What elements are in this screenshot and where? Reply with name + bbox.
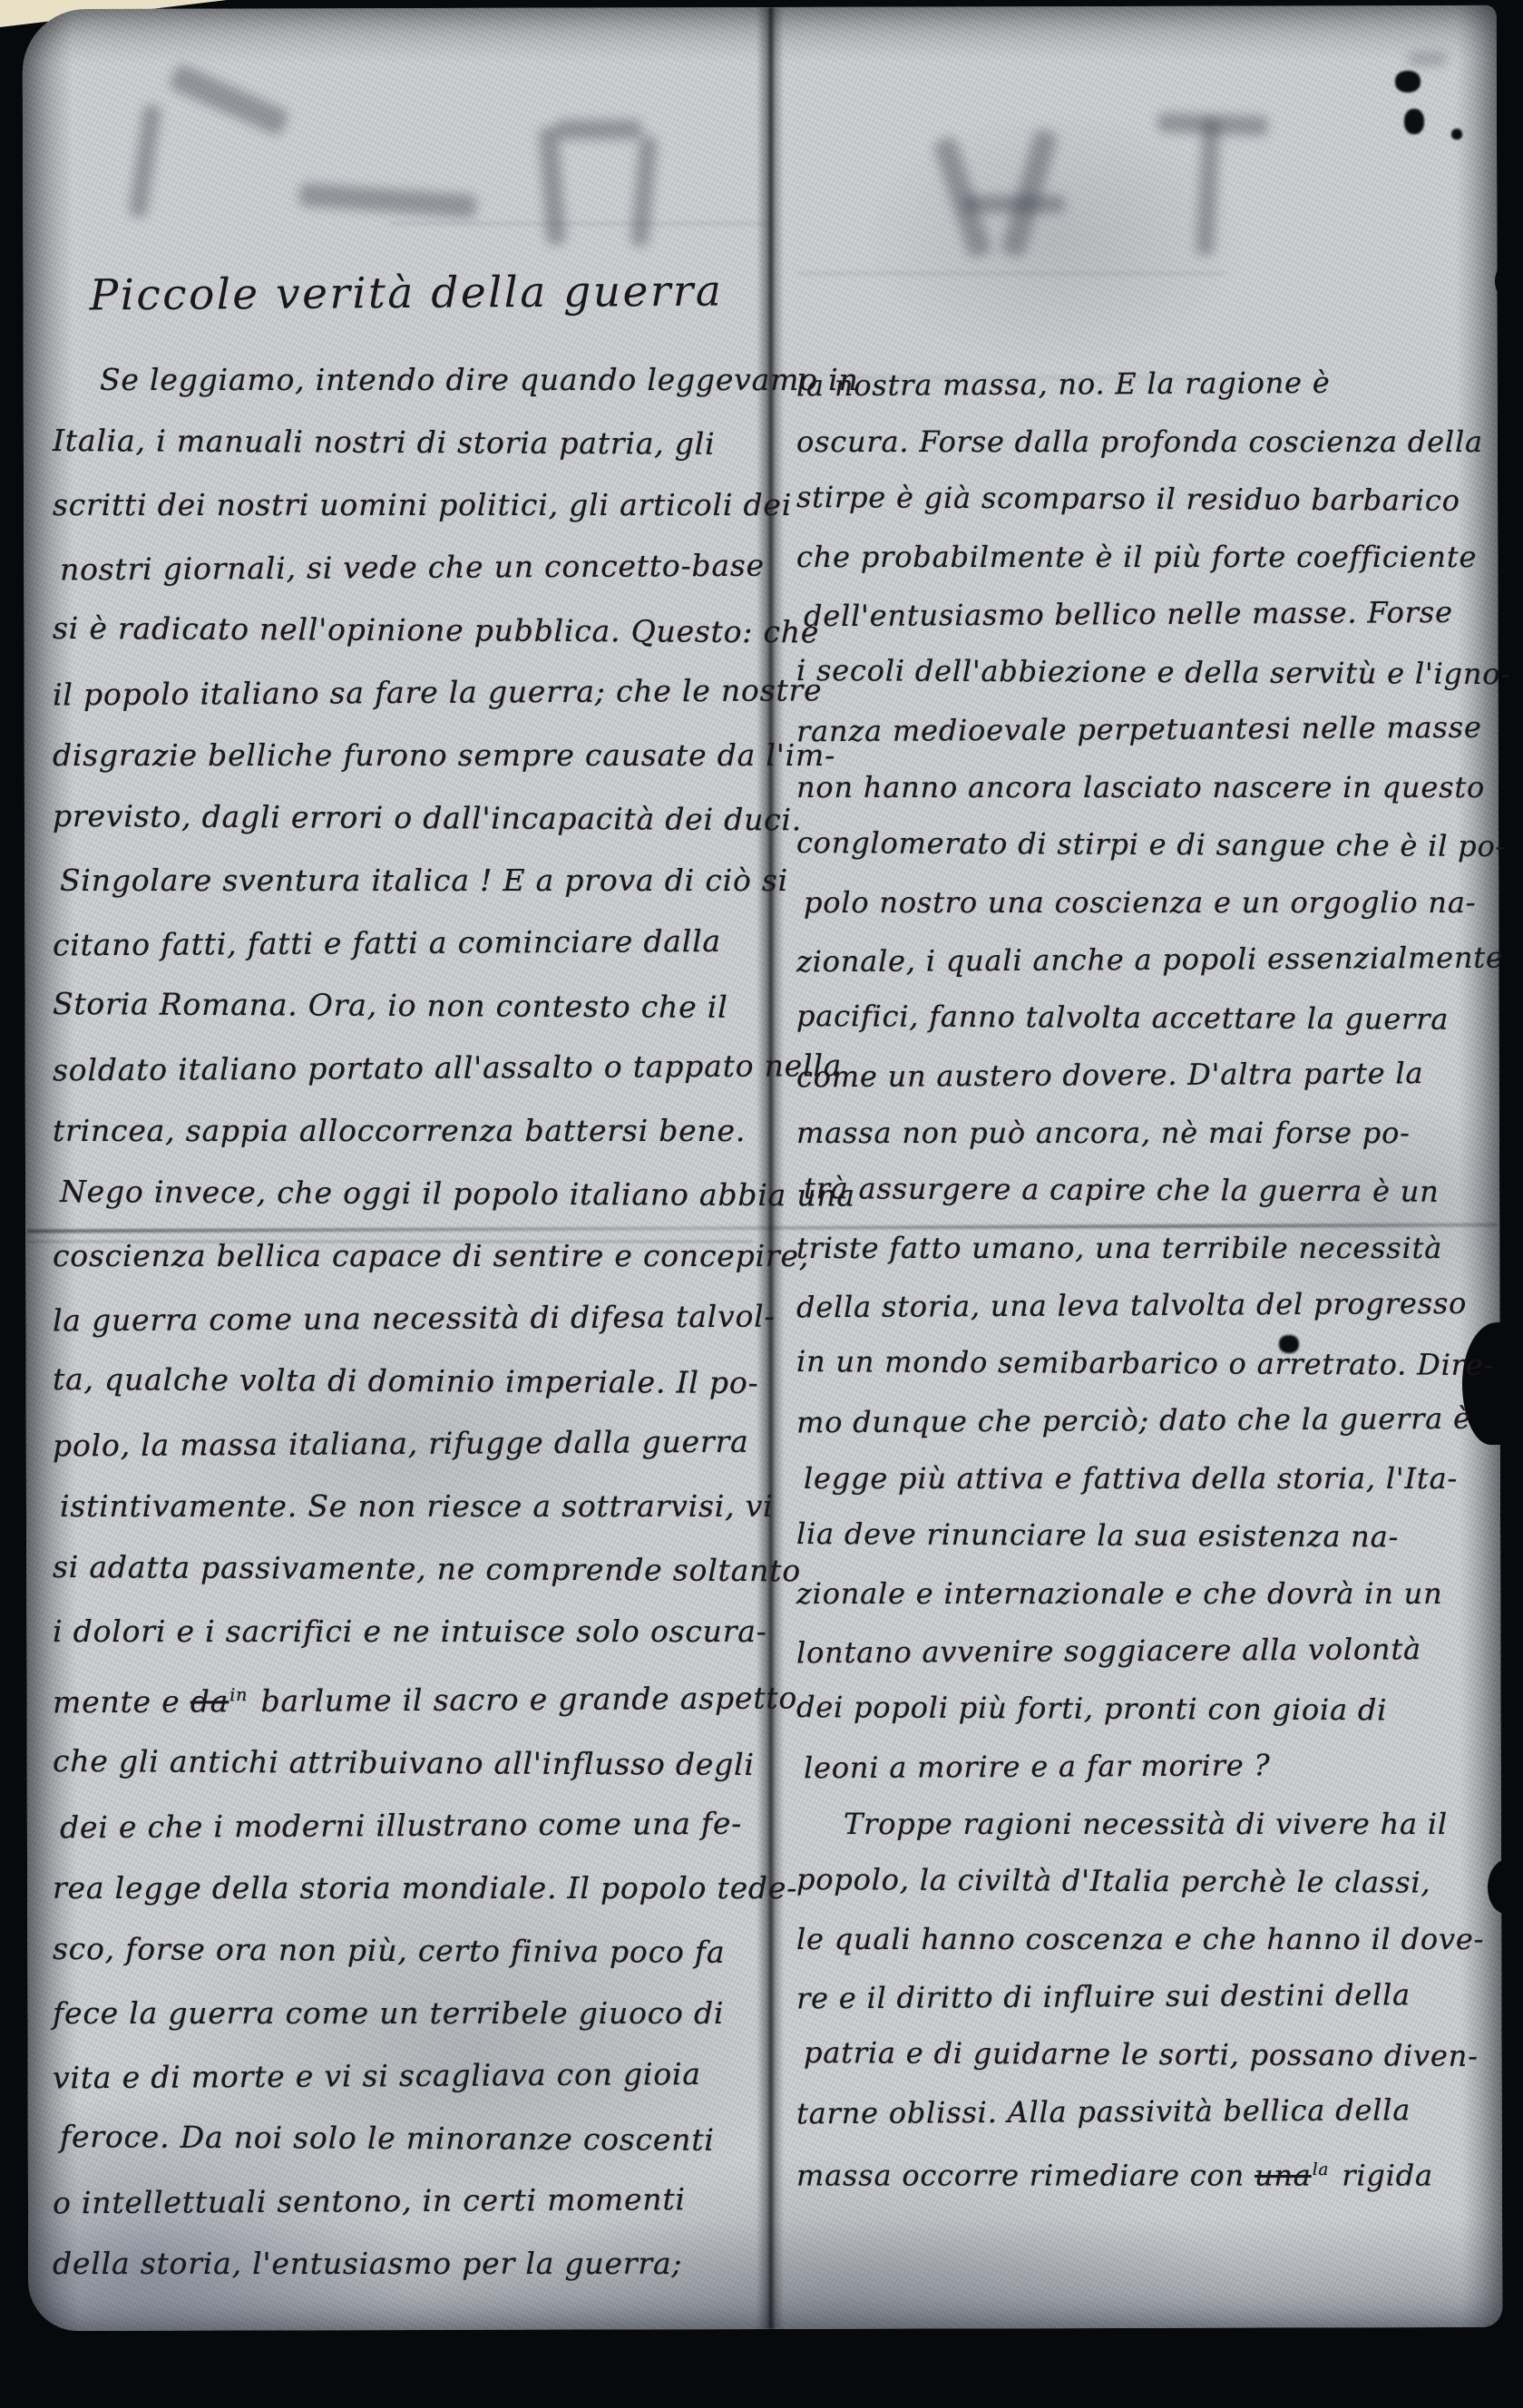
text-line: coscienza bellica capace di sentire e co… bbox=[53, 1224, 760, 1287]
text-run: la nostra massa, no. E la ragione è bbox=[796, 366, 1331, 404]
text-run: rea legge della storia mondiale. Il popo… bbox=[53, 1870, 797, 1906]
text-run: previsto, dagli errori o dall'incapacità… bbox=[53, 798, 802, 837]
text-run: il popolo italiano sa fare la guerra; ch… bbox=[53, 672, 823, 712]
inserted-word: in bbox=[229, 1684, 248, 1705]
text-line: pacifici, fanno talvolta accettare la gu… bbox=[796, 987, 1497, 1048]
bleedthrough-smudge bbox=[963, 195, 1065, 213]
text-run: soldato italiano portato all'assalto o t… bbox=[53, 1048, 842, 1087]
text-line: dell'entusiasmo bellico nelle masse. For… bbox=[796, 584, 1497, 646]
text-run: popolo, la civiltà d'Italia perchè le cl… bbox=[796, 1862, 1431, 1900]
inserted-word: la bbox=[1313, 2160, 1330, 2179]
text-line: sco, forse ora non più, certo finiva poc… bbox=[53, 1917, 760, 1984]
text-run: la guerra come una necessità di difesa t… bbox=[53, 1299, 776, 1339]
text-run: Singolare sventura italica ! E a prova d… bbox=[60, 863, 788, 898]
text-line: della storia, l'entusiasmo per la guerra… bbox=[53, 2232, 760, 2295]
text-line: istintivamente. Se non riesce a sottrarv… bbox=[53, 1475, 760, 1537]
text-run: sco, forse ora non più, certo finiva poc… bbox=[53, 1931, 726, 1970]
text-line: che gli antichi attribuivano all'influss… bbox=[53, 1730, 760, 1796]
text-line: la guerra come una necessità di difesa t… bbox=[53, 1285, 760, 1352]
text-line: Italia, i manuali nostri di storia patri… bbox=[53, 409, 760, 475]
text-line: della storia, una leva talvolta del prog… bbox=[796, 1275, 1497, 1337]
text-run: disgrazie belliche furono sempre causate… bbox=[53, 737, 835, 773]
text-run: nostri giornali, si vede che un concetto… bbox=[60, 548, 765, 588]
text-line: triste fatto umano, una terribile necess… bbox=[796, 1220, 1497, 1278]
text-run: ta, qualche volta di dominio imperiale. … bbox=[53, 1361, 759, 1400]
text-line: la nostra massa, no. E la ragione è bbox=[796, 354, 1497, 415]
text-run: dei popoli più forti, pronti con gioia d… bbox=[796, 1689, 1387, 1726]
text-line: re e il diritto di influire sui destini … bbox=[796, 1966, 1497, 2028]
text-run: polo, la massa italiana, rifugge dalla g… bbox=[53, 1424, 749, 1464]
text-line: le quali hanno coscenza e che hanno il d… bbox=[796, 1911, 1497, 1969]
text-line: non hanno ancora lasciato nascere in que… bbox=[796, 759, 1497, 817]
text-run: polo nostro una coscienza e un orgoglio … bbox=[804, 885, 1476, 920]
text-run: dei e che i moderni illustrano come una … bbox=[60, 1806, 742, 1846]
bleedthrough-smudge bbox=[555, 120, 642, 140]
text-line: disgrazie belliche furono sempre causate… bbox=[53, 724, 760, 786]
text-run: della storia, l'entusiasmo per la guerra… bbox=[53, 2246, 682, 2281]
text-run: istintivamente. Se non riesce a sottrarv… bbox=[60, 1488, 774, 1524]
text-line: o intellettuali sentono, in certi moment… bbox=[53, 2168, 760, 2235]
text-run: citano fatti, fatti e fatti a cominciare… bbox=[53, 923, 721, 963]
text-line: patria e di guidarne le sorti, possano d… bbox=[796, 2023, 1497, 2085]
text-line: come un austero dovere. D'altra parte la bbox=[796, 1045, 1497, 1107]
text-run: coscienza bellica capace di sentire e co… bbox=[53, 1238, 809, 1273]
text-run: che probabilmente è il più forte coeffic… bbox=[796, 540, 1477, 574]
ghost-ruled-line bbox=[390, 222, 771, 225]
text-run: patria e di guidarne le sorti, possano d… bbox=[804, 2035, 1479, 2073]
text-line: Singolare sventura italica ! E a prova d… bbox=[53, 849, 760, 912]
text-line: massa non può ancora, nè mai forse po- bbox=[796, 1105, 1497, 1163]
paper-tear bbox=[1495, 261, 1523, 301]
article-title: Piccole verità della guerra bbox=[53, 249, 761, 337]
text-run: zionale e internazionale e che dovrà in … bbox=[796, 1576, 1442, 1611]
ghost-ruled-line bbox=[798, 272, 1225, 275]
text-line: mente e dain barlume il sacro e grande a… bbox=[53, 1661, 760, 1734]
text-line: stirpe è già scomparso il residuo barbar… bbox=[796, 469, 1497, 531]
text-line: lia deve rinunciare la sua esistenza na- bbox=[796, 1506, 1497, 1567]
text-line: soldato italiano portato all'assalto o t… bbox=[53, 1035, 760, 1102]
text-run: fece la guerra come un terribele giuoco … bbox=[53, 1995, 724, 2031]
left-column: Piccole verità della guerra Se leggiamo,… bbox=[53, 252, 760, 2295]
text-line: massa occorre rimediare con unala rigida bbox=[796, 2141, 1497, 2205]
struck-word: da bbox=[190, 1683, 229, 1719]
photographed-manuscript-page: { "document": { "title": "Piccole verità… bbox=[0, 0, 1523, 2408]
text-run: lontano avvenire soggiacere alla volontà bbox=[796, 1632, 1421, 1670]
text-line: popolo, la civiltà d'Italia perchè le cl… bbox=[796, 1851, 1497, 1913]
text-line: i secoli dell'abbiezione e della servitù… bbox=[796, 641, 1497, 703]
right-column: la nostra massa, no. E la ragione èoscur… bbox=[796, 356, 1497, 2205]
text-run: rigida bbox=[1332, 2158, 1433, 2192]
text-line: citano fatti, fatti e fatti a cominciare… bbox=[53, 910, 760, 977]
text-run: massa occorre rimediare con bbox=[796, 2158, 1255, 2192]
text-line: ta, qualche volta di dominio imperiale. … bbox=[53, 1348, 760, 1414]
text-line: polo nostro una coscienza e un orgoglio … bbox=[796, 874, 1497, 932]
text-line: dei popoli più forti, pronti con gioia d… bbox=[796, 1678, 1497, 1740]
text-run: mente e bbox=[53, 1683, 190, 1720]
text-run: Storia Romana. Ora, io non contesto che … bbox=[53, 986, 728, 1025]
text-run: Troppe ragioni necessità di vivere ha il bbox=[844, 1807, 1448, 1841]
text-line: polo, la massa italiana, rifugge dalla g… bbox=[53, 1410, 760, 1477]
text-run: i secoli dell'abbiezione e della servitù… bbox=[796, 652, 1511, 690]
text-line: Se leggiamo, intendo dire quando leggeva… bbox=[53, 348, 760, 411]
text-run: lia deve rinunciare la sua esistenza na- bbox=[796, 1516, 1399, 1554]
text-run: oscura. Forse dalla profonda coscienza d… bbox=[796, 424, 1483, 459]
text-run: scritti dei nostri uomini politici, gli … bbox=[53, 487, 792, 522]
text-run: che gli antichi attribuivano all'influss… bbox=[53, 1743, 755, 1782]
text-run: dell'entusiasmo bellico nelle masse. For… bbox=[804, 595, 1453, 633]
text-line: leoni a morire e a far morire ? bbox=[796, 1736, 1497, 1798]
paper-hole bbox=[1395, 71, 1420, 93]
text-run: stirpe è già scomparso il residuo barbar… bbox=[796, 480, 1460, 518]
text-run: conglomerato di stirpi e di sangue che è… bbox=[796, 825, 1506, 863]
text-run: le quali hanno coscenza e che hanno il d… bbox=[796, 1922, 1484, 1956]
text-line: mo dunque che perciò; dato che la guerra… bbox=[796, 1390, 1497, 1452]
bleedthrough-smudge bbox=[1408, 53, 1448, 65]
text-line: conglomerato di stirpi e di sangue che è… bbox=[796, 814, 1497, 876]
text-run: mo dunque che perciò; dato che la guerra… bbox=[796, 1401, 1471, 1440]
text-line: dei e che i moderni illustrano come una … bbox=[53, 1792, 760, 1859]
text-run: massa non può ancora, nè mai forse po- bbox=[796, 1116, 1411, 1150]
text-line: zionale e internazionale e che dovrà in … bbox=[796, 1565, 1497, 1623]
text-run: si adatta passivamente, ne comprende sol… bbox=[53, 1549, 801, 1588]
text-line: legge più attiva e fattiva della storia,… bbox=[796, 1450, 1497, 1508]
text-run: leoni a morire e a far morire ? bbox=[804, 1748, 1271, 1785]
paper-hole bbox=[1404, 109, 1424, 134]
text-run: ranza medioevale perpetuantesi nelle mas… bbox=[796, 710, 1482, 749]
text-line: che probabilmente è il più forte coeffic… bbox=[796, 529, 1497, 587]
text-line: i dolori e i sacrifici e ne intuisce sol… bbox=[53, 1600, 760, 1662]
text-run: zionale, i quali anche a popoli essenzia… bbox=[796, 941, 1504, 980]
text-line: fece la guerra come un terribele giuoco … bbox=[53, 1982, 760, 2044]
text-line: lontano avvenire soggiacere alla volontà bbox=[796, 1621, 1497, 1682]
text-run: come un austero dovere. D'altra parte la bbox=[796, 1056, 1424, 1094]
text-line: Troppe ragioni necessità di vivere ha il bbox=[796, 1796, 1497, 1854]
text-line: rea legge della storia mondiale. Il popo… bbox=[53, 1857, 760, 1919]
text-run: legge più attiva e fattiva della storia,… bbox=[804, 1461, 1458, 1496]
text-run: Italia, i manuali nostri di storia patri… bbox=[53, 423, 716, 462]
text-run: barlume il sacro e grande aspetto bbox=[250, 1680, 797, 1719]
text-run: tarne oblissi. Alla passività bellica de… bbox=[796, 2092, 1411, 2130]
text-run: vita e di morte e vi si scagliava con gi… bbox=[53, 2056, 701, 2095]
text-line: nostri giornali, si vede che un concetto… bbox=[53, 534, 760, 601]
text-run: i dolori e i sacrifici e ne intuisce sol… bbox=[53, 1613, 767, 1649]
text-line: trà assurgere a capire che la guerra è u… bbox=[796, 1160, 1497, 1222]
text-line: oscura. Forse dalla profonda coscienza d… bbox=[796, 414, 1497, 472]
text-line: tarne oblissi. Alla passività bellica de… bbox=[796, 2081, 1497, 2143]
text-line: trincea, sappia alloccorrenza battersi b… bbox=[53, 1099, 760, 1162]
text-run: trincea, sappia alloccorrenza battersi b… bbox=[53, 1113, 746, 1148]
text-line: il popolo italiano sa fare la guerra; ch… bbox=[53, 659, 760, 726]
text-run: Se leggiamo, intendo dire quando leggeva… bbox=[100, 362, 859, 397]
text-run: o intellettuali sentono, in certi moment… bbox=[53, 2181, 686, 2220]
text-line: vita e di morte e vi si scagliava con gi… bbox=[53, 2042, 760, 2110]
text-run: in un mondo semibarbarico o arretrato. D… bbox=[796, 1343, 1494, 1381]
text-run: non hanno ancora lasciato nascere in que… bbox=[796, 770, 1485, 804]
text-line: feroce. Da noi solo le minoranze coscent… bbox=[53, 2105, 760, 2171]
text-run: pacifici, fanno talvolta accettare la gu… bbox=[796, 998, 1449, 1036]
text-run: re e il diritto di influire sui destini … bbox=[796, 1977, 1411, 2015]
text-line: Storia Romana. Ora, io non contesto che … bbox=[53, 972, 760, 1038]
text-run: feroce. Da noi solo le minoranze coscent… bbox=[60, 2119, 715, 2158]
text-line: zionale, i quali anche a popoli essenzia… bbox=[796, 930, 1497, 991]
text-run: si è radicato nell'opinione pubblica. Qu… bbox=[53, 610, 819, 649]
text-line: ranza medioevale perpetuantesi nelle mas… bbox=[796, 699, 1497, 761]
text-run: triste fatto umano, una terribile necess… bbox=[796, 1231, 1442, 1265]
text-run: Nego invece, che oggi il popolo italiano… bbox=[60, 1174, 855, 1214]
text-line: previsto, dagli errori o dall'incapacità… bbox=[53, 785, 760, 851]
text-line: si adatta passivamente, ne comprende sol… bbox=[53, 1535, 760, 1602]
text-line: in un mondo semibarbarico o arretrato. D… bbox=[796, 1332, 1497, 1394]
text-line: Nego invece, che oggi il popolo italiano… bbox=[53, 1160, 760, 1226]
text-line: si è radicato nell'opinione pubblica. Qu… bbox=[53, 597, 760, 663]
text-run: trà assurgere a capire che la guerra è u… bbox=[804, 1171, 1440, 1209]
text-run: della storia, una leva talvolta del prog… bbox=[796, 1286, 1467, 1325]
paper-hole bbox=[1451, 129, 1462, 140]
text-line: scritti dei nostri uomini politici, gli … bbox=[53, 473, 760, 536]
struck-word: una bbox=[1255, 2158, 1312, 2192]
